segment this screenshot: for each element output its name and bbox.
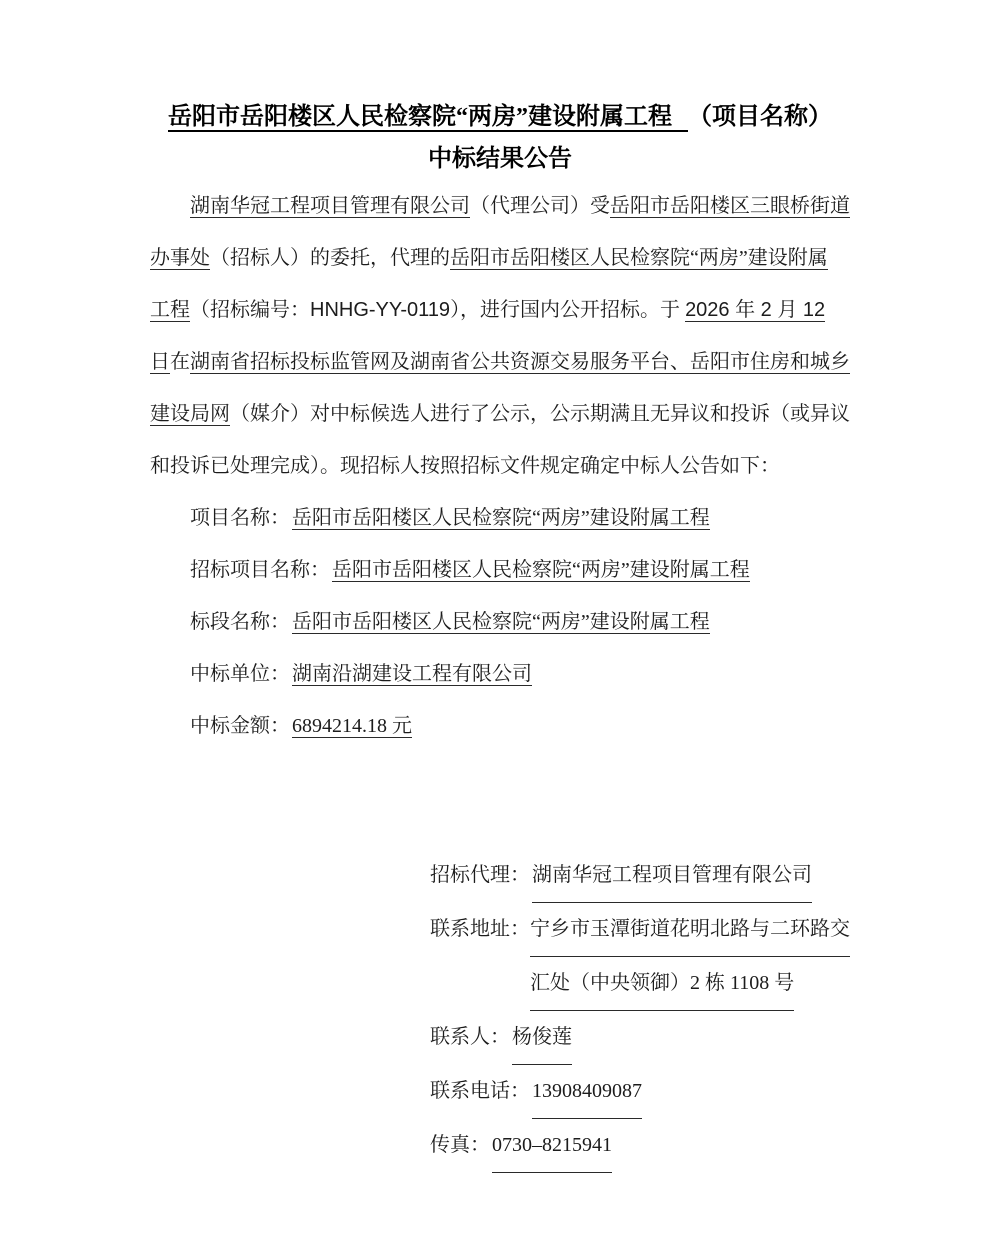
publicity-date: 2026 年 2 月 12 [685,299,825,322]
tenderer-name: 办事处 [150,247,210,270]
project-name: 工程 [150,299,190,322]
field-value: 湖南沿湖建设工程有限公司 [292,663,532,686]
project-name: 岳阳市岳阳楼区人民检察院“两房”建设附属 [450,247,828,270]
paragraph-line: 日在湖南省招标投标监管网及湖南省公共资源交易服务平台、岳阳市住房和城乡 [150,336,850,388]
document-title: 岳阳市岳阳楼区人民检察院“两房”建设附属工程（项目名称） 中标结果公告 [150,96,850,180]
contact-value: 湖南华冠工程项目管理有限公司 [532,849,812,903]
paragraph-line: 和投诉已处理完成）。现招标人按照招标文件规定确定中标人公告如下： [150,440,850,492]
contact-label: 传真： [430,1119,490,1172]
address-line-1: 宁乡市玉潭街道花明北路与二环路交 [530,903,850,957]
field-value: 6894214.18 元 [292,715,412,738]
contact-address: 联系地址：宁乡市玉潭街道花明北路与二环路交汇处（中央领御）2 栋 1108 号 [430,903,850,1011]
title-project-name: 岳阳市岳阳楼区人民检察院“两房”建设附属工程 [168,104,688,132]
contact-value: 0730–8215941 [492,1119,612,1173]
contact-address-value: 宁乡市玉潭街道花明北路与二环路交汇处（中央领御）2 栋 1108 号 [530,903,850,1011]
result-fields: 项目名称：岳阳市岳阳楼区人民检察院“两房”建设附属工程 招标项目名称：岳阳市岳阳… [150,492,850,752]
contact-label: 联系人： [430,1011,510,1064]
contact-phone: 联系电话：13908409087 [430,1065,850,1119]
paragraph-text: ），进行国内公开招标。于 [450,299,685,321]
paragraph-text: （代理公司）受 [470,195,610,217]
tender-number: HNHG-YY-0119 [310,299,450,321]
field-label: 中标金额： [190,715,290,737]
media-name: 建设局网 [150,403,230,426]
media-name: 湖南省招标投标监管网及湖南省公共资源交易服务平台、岳阳市住房和城乡 [190,351,850,374]
field-value: 岳阳市岳阳楼区人民检察院“两房”建设附属工程 [292,611,710,634]
paragraph-line: 湖南华冠工程项目管理有限公司（代理公司）受岳阳市岳阳楼区三眼桥街道 [150,180,850,232]
field-label: 项目名称： [190,507,290,529]
field-value: 岳阳市岳阳楼区人民检察院“两房”建设附属工程 [292,507,710,530]
field-winning-amount: 中标金额：6894214.18 元 [150,700,850,752]
title-line-1: 岳阳市岳阳楼区人民检察院“两房”建设附属工程（项目名称） [150,96,850,138]
field-label: 中标单位： [190,663,290,685]
paragraph-line: 工程（招标编号：HNHG-YY-0119），进行国内公开招标。于 2026 年 … [150,284,850,336]
paragraph-text: 和投诉已处理完成）。现招标人按照招标文件规定确定中标人公告如下： [150,455,780,477]
contact-value: 13908409087 [532,1065,642,1119]
contact-fax: 传真：0730–8215941 [430,1119,850,1173]
tenderer-name: 岳阳市岳阳楼区三眼桥街道 [610,195,850,218]
field-label: 招标项目名称： [190,559,330,581]
contact-label: 招标代理： [430,849,530,902]
field-project-name: 项目名称：岳阳市岳阳楼区人民检察院“两房”建设附属工程 [150,492,850,544]
contact-person: 联系人：杨俊莲 [430,1011,850,1065]
paragraph-text: （媒介）对中标候选人进行了公示，公示期满且无异议和投诉（或异议 [230,403,850,425]
field-section-name: 标段名称：岳阳市岳阳楼区人民检察院“两房”建设附属工程 [150,596,850,648]
contact-value: 杨俊莲 [512,1011,572,1065]
title-name-note: （项目名称） [688,104,832,130]
paragraph-text: （招标人）的委托，代理的 [210,247,450,269]
document-page: 岳阳市岳阳楼区人民检察院“两房”建设附属工程（项目名称） 中标结果公告 湖南华冠… [0,0,1000,1252]
field-tender-project-name: 招标项目名称：岳阳市岳阳楼区人民检察院“两房”建设附属工程 [150,544,850,596]
title-line-2: 中标结果公告 [150,138,850,180]
publicity-date: 日 [150,351,170,374]
paragraph-line: 办事处（招标人）的委托，代理的岳阳市岳阳楼区人民检察院“两房”建设附属 [150,232,850,284]
field-winning-bidder: 中标单位：湖南沿湖建设工程有限公司 [150,648,850,700]
agent-company: 湖南华冠工程项目管理有限公司 [190,195,470,218]
contact-label: 联系地址： [430,903,530,956]
field-label: 标段名称： [190,611,290,633]
paragraph-text: 在 [170,351,190,373]
field-value: 岳阳市岳阳楼区人民检察院“两房”建设附属工程 [332,559,750,582]
paragraph-text: （招标编号： [190,299,310,321]
paragraph-line: 建设局网（媒介）对中标候选人进行了公示，公示期满且无异议和投诉（或异议 [150,388,850,440]
contact-block: 招标代理：湖南华冠工程项目管理有限公司 联系地址：宁乡市玉潭街道花明北路与二环路… [150,849,850,1173]
contact-label: 联系电话： [430,1065,530,1118]
contact-agent: 招标代理：湖南华冠工程项目管理有限公司 [430,849,850,903]
address-line-2: 汇处（中央领御）2 栋 1108 号 [530,957,794,1011]
announcement-paragraph: 湖南华冠工程项目管理有限公司（代理公司）受岳阳市岳阳楼区三眼桥街道 办事处（招标… [150,180,850,492]
